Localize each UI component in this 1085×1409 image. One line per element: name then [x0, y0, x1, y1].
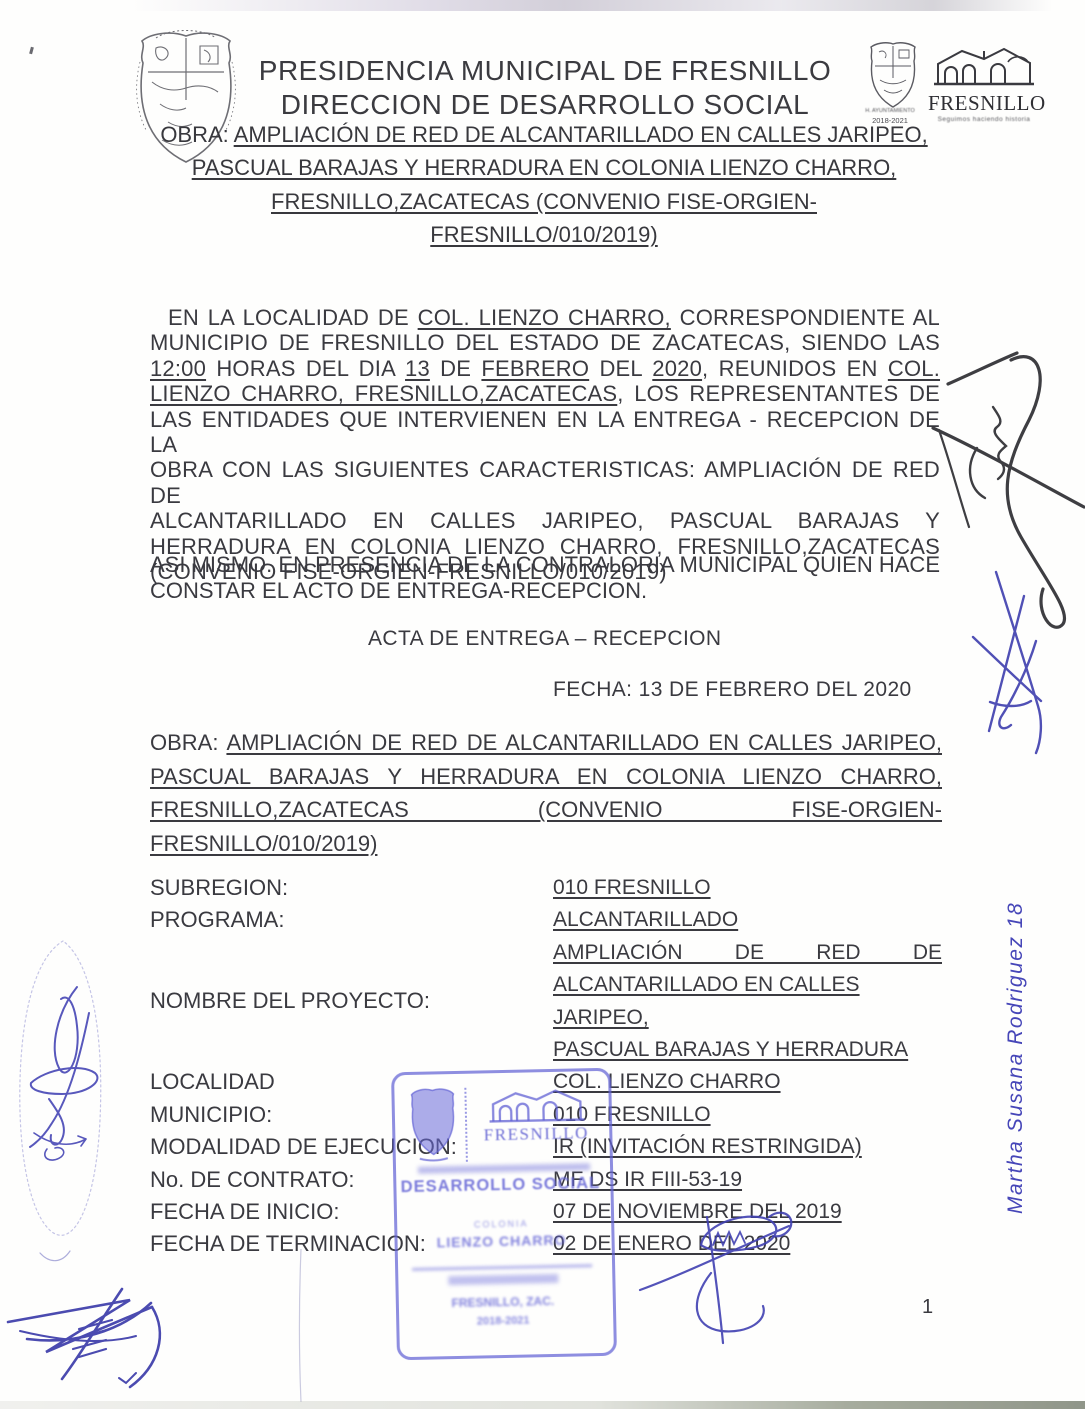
field-row-programa: PROGRAMA: ALCANTARILLADO [150, 904, 942, 936]
fresnillo-brand-text: FRESNILLO [928, 91, 1040, 116]
stamp-brand-text: FRESNILLO [469, 1123, 603, 1146]
scanned-document-page: PRESIDENCIA MUNICIPAL DE FRESNILLO DIREC… [0, 0, 1085, 1409]
desarrollo-social-rubber-stamp: FRESNILLO DESARROLLO SOCIAL COLONIA LIEN… [391, 1068, 617, 1361]
paragraph-line: OBRA CON LAS SIGUIENTES CARACTERISTICAS:… [150, 457, 940, 508]
obra-block-line: FRESNILLO,ZACATECAS (CONVENIO FISE-ORGIE… [150, 793, 942, 827]
field-value: PASCUAL BARAJAS Y HERRADURA [553, 1034, 942, 1066]
stamp-colonia-label: COLONIA [397, 1217, 605, 1231]
stamp-divider-line [412, 1264, 592, 1271]
field-label: PROGRAMA: [150, 904, 553, 936]
paragraph-line: 12:00 HORAS DEL DIA 13 DE FEBRERO DEL 20… [150, 356, 940, 381]
page-number: 1 [922, 1296, 933, 1319]
fresnillo-brand-tagline: Seguimos haciendo historia [928, 116, 1040, 123]
stamp-shield-icon [406, 1086, 460, 1165]
paragraph-line: MUNICIPIO DE FRESNILLO DEL ESTADO DE ZAC… [150, 330, 940, 355]
stamp-illegible-line [418, 1163, 590, 1174]
field-value: ALCANTARILLADO EN CALLES JARIPEO, [553, 969, 942, 1034]
header-title-line2: DIRECCION DE DESARROLLO SOCIAL [150, 88, 940, 122]
paragraph-line: LIENZO CHARRO, FRESNILLO,ZACATECAS, LOS … [150, 381, 940, 406]
header-title-line1: PRESIDENCIA MUNICIPAL DE FRESNILLO [150, 54, 940, 88]
obra-block-line: FRESNILLO/010/2019) [150, 827, 942, 861]
stamp-city: FRESNILLO, ZAC. [399, 1293, 607, 1311]
document-header: PRESIDENCIA MUNICIPAL DE FRESNILLO DIREC… [150, 54, 940, 122]
signature-blue-bottom-left [8, 1251, 160, 1387]
field-value: ALCANTARILLADO [553, 904, 942, 936]
paragraph-line: ASI MISMO. EN PRESENCIA DE LA CONTRALORI… [150, 552, 940, 578]
fresnillo-buildings-icon [932, 44, 1036, 88]
stamp-years: 2018-2021 [399, 1313, 607, 1329]
obra-block: OBRA: AMPLIACIÓN DE RED DE ALCANTARILLAD… [150, 726, 942, 860]
signature-blue-right [973, 572, 1041, 753]
acta-title: ACTA DE ENTREGA – RECEPCION [368, 627, 722, 651]
field-value: 010 FRESNILLO [553, 872, 942, 904]
field-row-subregion: SUBREGION: 010 FRESNILLO [150, 872, 942, 904]
obra-block-line: OBRA: AMPLIACIÓN DE RED DE ALCANTARILLAD… [150, 726, 942, 760]
obra-heading-line: FRESNILLO,ZACATECAS (CONVENIO FISE-ORGIE… [148, 185, 940, 218]
paragraph-line: ALCANTARILLADO EN CALLES JARIPEO, PASCUA… [150, 508, 940, 533]
field-label: SUBREGION: [150, 872, 553, 904]
obra-heading-line: OBRA: AMPLIACIÓN DE RED DE ALCANTARILLAD… [148, 118, 940, 151]
signature-blue-left [20, 941, 101, 1235]
handwritten-name-annotation: Martha Susana Rodriguez 18 [1004, 844, 1028, 1214]
paragraph-line: LAS ENTIDADES QUE INTERVIENEN EN LA ENTR… [150, 407, 940, 458]
body-paragraph-1: EN LA LOCALIDAD DE COL. LIENZO CHARRO, C… [150, 305, 940, 584]
obra-heading-line: PASCUAL BARAJAS Y HERRADURA EN COLONIA L… [148, 151, 940, 184]
paragraph-line: CONSTAR EL ACTO DE ENTREGA-RECEPCION. [150, 578, 940, 604]
obra-heading: OBRA: AMPLIACIÓN DE RED DE ALCANTARILLAD… [148, 118, 940, 252]
stamp-department: DESARROLLO SOCIAL [396, 1174, 604, 1197]
stamp-divider [464, 1088, 468, 1162]
paragraph-line: EN LA LOCALIDAD DE COL. LIENZO CHARRO, C… [150, 305, 940, 330]
field-row-nombre-proyecto: NOMBRE DEL PROYECTO: AMPLIACIÓN DE RED D… [150, 937, 942, 1067]
signature-dark-top-right [933, 353, 1084, 627]
fresnillo-brand-logo: FRESNILLO Seguimos haciendo historia [928, 44, 1040, 123]
ink-speck [29, 47, 34, 55]
stamp-illegible-line [448, 1274, 558, 1285]
stamp-buildings-icon [486, 1085, 587, 1125]
scan-artifact-bottom [0, 1401, 1085, 1409]
faint-pen-line [300, 1249, 302, 1402]
field-label: NOMBRE DEL PROYECTO: [150, 985, 553, 1017]
fecha-line: FECHA: 13 DE FEBRERO DEL 2020 [553, 678, 912, 702]
body-paragraph-2: ASI MISMO. EN PRESENCIA DE LA CONTRALORI… [150, 552, 940, 604]
ayuntamiento-shield-icon [866, 40, 920, 110]
obra-heading-line: FRESNILLO/010/2019) [148, 218, 940, 251]
scan-artifact-top [0, 0, 1085, 11]
stamp-colonia-name: LIENZO CHARRO [397, 1231, 605, 1251]
ayuntamiento-caption: H. AYUNTAMIENTO [858, 108, 922, 114]
obra-block-line: PASCUAL BARAJAS Y HERRADURA EN COLONIA L… [150, 760, 942, 794]
field-value: AMPLIACIÓN DE RED DE [553, 937, 942, 969]
